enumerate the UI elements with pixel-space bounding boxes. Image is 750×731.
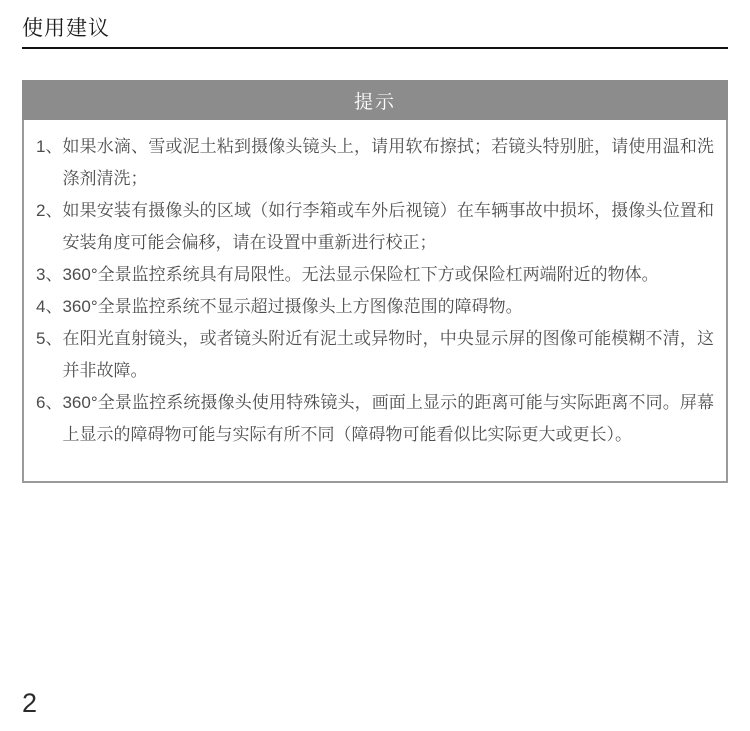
list-item: 4、 360°全景监控系统不显示超过摄像头上方图像范围的障碍物。 [36,291,714,323]
list-item: 1、 如果水滴、雪或泥土粘到摄像头镜头上，请用软布擦拭；若镜头特别脏，请使用温和… [36,131,714,195]
manual-page: 使用建议 提示 1、 如果水滴、雪或泥土粘到摄像头镜头上，请用软布擦拭；若镜头特… [0,0,750,731]
item-number: 6、 [36,387,62,451]
item-number: 4、 [36,291,62,323]
item-number: 1、 [36,131,62,195]
list-item: 2、 如果安装有摄像头的区域（如行李箱或车外后视镜）在车辆事故中损坏，摄像头位置… [36,195,714,259]
item-number: 3、 [36,259,62,291]
list-item: 3、 360°全景监控系统具有局限性。无法显示保险杠下方或保险杠两端附近的物体。 [36,259,714,291]
item-text: 360°全景监控系统不显示超过摄像头上方图像范围的障碍物。 [62,291,714,323]
item-text: 360°全景监控系统具有局限性。无法显示保险杠下方或保险杠两端附近的物体。 [62,259,714,291]
notice-header: 提示 [22,80,728,120]
item-number: 2、 [36,195,62,259]
page-number: 2 [22,688,37,719]
title-divider [22,47,728,49]
notice-box: 提示 1、 如果水滴、雪或泥土粘到摄像头镜头上，请用软布擦拭；若镜头特别脏，请使… [22,80,728,483]
item-text: 360°全景监控系统摄像头使用特殊镜头，画面上显示的距离可能与实际距离不同。屏幕… [62,387,714,451]
item-text: 如果水滴、雪或泥土粘到摄像头镜头上，请用软布擦拭；若镜头特别脏，请使用温和洗涤剂… [62,131,714,195]
list-item: 6、 360°全景监控系统摄像头使用特殊镜头，画面上显示的距离可能与实际距离不同… [36,387,714,451]
item-text: 在阳光直射镜头，或者镜头附近有泥土或异物时，中央显示屏的图像可能模糊不清，这并非… [62,323,714,387]
notice-body: 1、 如果水滴、雪或泥土粘到摄像头镜头上，请用软布擦拭；若镜头特别脏，请使用温和… [22,120,728,483]
item-text: 如果安装有摄像头的区域（如行李箱或车外后视镜）在车辆事故中损坏，摄像头位置和安装… [62,195,714,259]
page-title: 使用建议 [22,12,110,42]
list-item: 5、 在阳光直射镜头，或者镜头附近有泥土或异物时，中央显示屏的图像可能模糊不清，… [36,323,714,387]
item-number: 5、 [36,323,62,387]
